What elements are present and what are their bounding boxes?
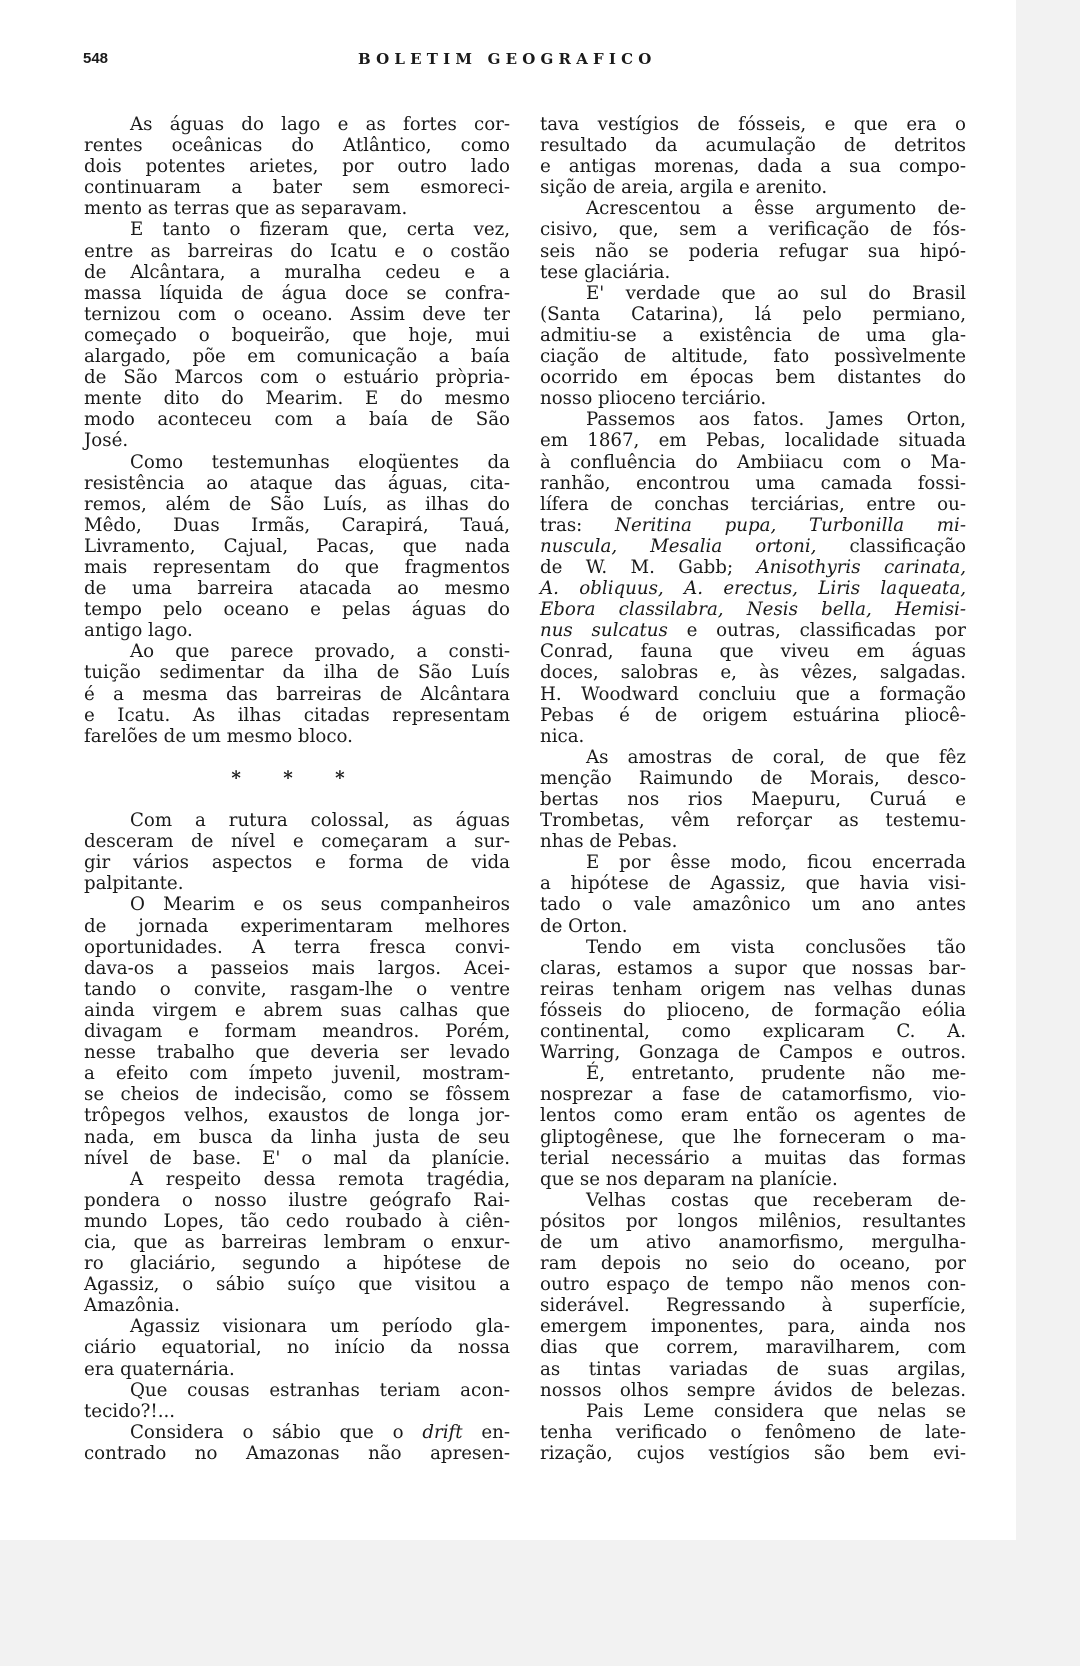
text-line: resultado da acumulação de detritos bbox=[540, 135, 966, 156]
text-line: Passemos aos fatos. James Orton, bbox=[540, 409, 966, 430]
text-line: era quaternária. bbox=[84, 1359, 510, 1380]
text-line: Velhas costas que receberam de- bbox=[540, 1190, 966, 1211]
text-line: Ebora classilabra, Nesis bella, Hemisi- bbox=[540, 599, 966, 620]
left-column: As águas do lago e as fortes cor-rentes … bbox=[84, 114, 510, 1464]
text-line: bertas nos rios Maepuru, Curuá e bbox=[540, 789, 966, 810]
text-line: A. obliquus, A. erectus, Liris laqueata, bbox=[540, 578, 966, 599]
text-line: Agassiz, o sábio suíço que visitou a bbox=[84, 1274, 510, 1295]
text-line: E' verdade que ao sul do Brasil bbox=[540, 283, 966, 304]
text-line: seis não se poderia refugar sua hipó- bbox=[540, 241, 966, 262]
text-line: H. Woodward concluiu que a formação bbox=[540, 684, 966, 705]
text-line: lífera de conchas terciárias, entre ou- bbox=[540, 494, 966, 515]
text-line: Com a rutura colossal, as águas bbox=[84, 810, 510, 831]
text-line: continuaram a bater sem esmoreci- bbox=[84, 177, 510, 198]
text-line: tado o vale amazônico um ano antes bbox=[540, 894, 966, 915]
text-line: cisivo, que, sem a verificação de fós- bbox=[540, 219, 966, 240]
text-line: ocorrido em épocas bem distantes do bbox=[540, 367, 966, 388]
text-line: siderável. Regressando à superfície, bbox=[540, 1295, 966, 1316]
text-line: e Icatu. As ilhas citadas representam bbox=[84, 705, 510, 726]
text-line: ainda virgem e abrem suas calhas que bbox=[84, 1000, 510, 1021]
text-line: ciário equatorial, no início da nossa bbox=[84, 1337, 510, 1358]
text-line: Como testemunhas eloqüentes da bbox=[84, 452, 510, 473]
text-line: nhas de Pebas. bbox=[540, 831, 966, 852]
text-line: Livramento, Cajual, Pacas, que nada bbox=[84, 536, 510, 557]
text-line: de jornada experimentaram melhores bbox=[84, 916, 510, 937]
section-separator: * * * bbox=[84, 768, 510, 789]
text-line: desceram de nível e começaram a sur- bbox=[84, 831, 510, 852]
text-line: É, entretanto, prudente não me- bbox=[540, 1063, 966, 1084]
text-line: tempo pelo oceano e pelas águas do bbox=[84, 599, 510, 620]
text-line: e antigas morenas, dada a sua compo- bbox=[540, 156, 966, 177]
text-line: Tendo em vista conclusões tão bbox=[540, 937, 966, 958]
spacer bbox=[84, 747, 510, 768]
text-line: modo aconteceu com a baía de São bbox=[84, 409, 510, 430]
text-line: nosso plioceno terciário. bbox=[540, 388, 966, 409]
text-line: massa líquida de água doce se confra- bbox=[84, 283, 510, 304]
text-line: de um ativo anamorfismo, mergulha- bbox=[540, 1232, 966, 1253]
text-line: lentos como eram então os agentes de bbox=[540, 1105, 966, 1126]
text-line: As águas do lago e as fortes cor- bbox=[84, 114, 510, 135]
text-line: ram depois no seio do oceano, por bbox=[540, 1253, 966, 1274]
text-line: de uma barreira atacada ao mesmo bbox=[84, 578, 510, 599]
text-line: ro glaciário, segundo a hipótese de bbox=[84, 1253, 510, 1274]
text-line: mais representam do que fragmentos bbox=[84, 557, 510, 578]
text-line: E por êsse modo, ficou encerrada bbox=[540, 852, 966, 873]
text-line: doces, salobras e, às vêzes, salgadas. bbox=[540, 662, 966, 683]
text-line: Ao que parece provado, a consti- bbox=[84, 641, 510, 662]
text-line: rentes oceânicas do Atlântico, como bbox=[84, 135, 510, 156]
text-line: tese glaciária. bbox=[540, 262, 966, 283]
text-line: Acrescentou a êsse argumento de- bbox=[540, 198, 966, 219]
text-line: à confluência do Ambiiacu com o Ma- bbox=[540, 452, 966, 473]
text-line: pósitos por longos milênios, resultantes bbox=[540, 1211, 966, 1232]
text-line: nuscula, Mesalia ortoni, classificação bbox=[540, 536, 966, 557]
page-number: 548 bbox=[83, 50, 108, 67]
text-line: de São Marcos com o estuário pròpria- bbox=[84, 367, 510, 388]
text-line: E tanto o fizeram que, certa vez, bbox=[84, 219, 510, 240]
text-line: continental, como explicaram C. A. bbox=[540, 1021, 966, 1042]
running-title: BOLETIM GEOGRAFICO bbox=[358, 50, 657, 68]
text-line: resistência ao ataque das águas, cita- bbox=[84, 473, 510, 494]
text-line: a efeito com ímpeto juvenil, mostram- bbox=[84, 1063, 510, 1084]
text-line: entre as barreiras do Icatu e o costão bbox=[84, 241, 510, 262]
text-line: mundo Lopes, tão cedo roubado à ciên- bbox=[84, 1211, 510, 1232]
text-line: nesse trabalho que deveria ser levado bbox=[84, 1042, 510, 1063]
text-line: terial necessário a muitas das formas bbox=[540, 1148, 966, 1169]
text-line: nossos olhos sempre ávidos de belezas. bbox=[540, 1380, 966, 1401]
text-line: tras: Neritina pupa, Turbonilla mi- bbox=[540, 515, 966, 536]
text-line: menção Raimundo de Morais, desco- bbox=[540, 768, 966, 789]
text-line: tava vestígios de fósseis, e que era o bbox=[540, 114, 966, 135]
text-line: Agassiz visionara um período gla- bbox=[84, 1316, 510, 1337]
document-page: 548 BOLETIM GEOGRAFICO As águas do lago … bbox=[0, 0, 1016, 1540]
text-line: pondera o nosso ilustre geógrafo Rai- bbox=[84, 1190, 510, 1211]
text-line: Amazônia. bbox=[84, 1295, 510, 1316]
page-header: 548 BOLETIM GEOGRAFICO bbox=[83, 50, 983, 74]
text-line: mento as terras que as separavam. bbox=[84, 198, 510, 219]
text-line: alargado, põe em comunicação a baía bbox=[84, 346, 510, 367]
text-line: trôpegos velhos, exaustos de longa jor- bbox=[84, 1105, 510, 1126]
text-line: O Mearim e os seus companheiros bbox=[84, 894, 510, 915]
text-line: de W. M. Gabb; Anisothyris carinata, bbox=[540, 557, 966, 578]
text-line: tuição sedimentar da ilha de São Luís bbox=[84, 662, 510, 683]
text-line: reiras tenham origem nas velhas dunas bbox=[540, 979, 966, 1000]
text-line: Pebas é de origem estuárina pliocê- bbox=[540, 705, 966, 726]
text-line: emergem imponentes, para, ainda nos bbox=[540, 1316, 966, 1337]
spacer bbox=[84, 789, 510, 810]
text-line: José. bbox=[84, 430, 510, 451]
text-line: sição de areia, argila e arenito. bbox=[540, 177, 966, 198]
left-column-text-before-separator: As águas do lago e as fortes cor-rentes … bbox=[84, 114, 510, 747]
text-line: Conrad, fauna que viveu em águas bbox=[540, 641, 966, 662]
text-line: de Alcântara, a muralha cedeu e a bbox=[84, 262, 510, 283]
text-line: remos, além de São Luís, as ilhas do bbox=[84, 494, 510, 515]
text-line: divagam e formam meandros. Porém, bbox=[84, 1021, 510, 1042]
text-line: admitiu-se a existência de uma gla- bbox=[540, 325, 966, 346]
text-line: nada, em busca da linha justa de seu bbox=[84, 1127, 510, 1148]
text-line: mente dito do Mearim. E do mesmo bbox=[84, 388, 510, 409]
text-line: ranhão, encontrou uma camada fossi- bbox=[540, 473, 966, 494]
text-line: rização, cujos vestígios são bem evi- bbox=[540, 1443, 966, 1464]
text-line: gir vários aspectos e forma de vida bbox=[84, 852, 510, 873]
text-line: fósseis do plioceno, de formação eólia bbox=[540, 1000, 966, 1021]
text-line: outro espaço de tempo não menos con- bbox=[540, 1274, 966, 1295]
right-column: tava vestígios de fósseis, e que era ore… bbox=[540, 114, 966, 1464]
text-line: contrado no Amazonas não apresen- bbox=[84, 1443, 510, 1464]
text-line: Warring, Gonzaga de Campos e outros. bbox=[540, 1042, 966, 1063]
text-line: tecido?!... bbox=[84, 1401, 510, 1422]
text-line: as tintas variadas de suas argilas, bbox=[540, 1359, 966, 1380]
text-line: farelões de um mesmo bloco. bbox=[84, 726, 510, 747]
text-line: nosprezar a fase de catamorfismo, vio- bbox=[540, 1084, 966, 1105]
text-line: Que cousas estranhas teriam acon- bbox=[84, 1380, 510, 1401]
text-line: dias que correm, maravilharem, com bbox=[540, 1337, 966, 1358]
text-line: nica. bbox=[540, 726, 966, 747]
text-line: dois potentes arietes, por outro lado bbox=[84, 156, 510, 177]
text-line: ciação de altitude, fato possìvelmente bbox=[540, 346, 966, 367]
text-line: é a mesma das barreiras de Alcântara bbox=[84, 684, 510, 705]
text-line: Mêdo, Duas Irmãs, Carapirá, Tauá, bbox=[84, 515, 510, 536]
text-line: antigo lago. bbox=[84, 620, 510, 641]
text-line: gliptogênese, que lhe forneceram o ma- bbox=[540, 1127, 966, 1148]
text-line: de Orton. bbox=[540, 916, 966, 937]
text-line: palpitante. bbox=[84, 873, 510, 894]
text-line: que se nos deparam na planície. bbox=[540, 1169, 966, 1190]
text-line: Trombetas, vêm reforçar as testemu- bbox=[540, 810, 966, 831]
text-line: começado o boqueirão, que hoje, mui bbox=[84, 325, 510, 346]
right-column-text: tava vestígios de fósseis, e que era ore… bbox=[540, 114, 966, 1464]
text-line: a hipótese de Agassiz, que havia visi- bbox=[540, 873, 966, 894]
text-line: oportunidades. A terra fresca convi- bbox=[84, 937, 510, 958]
left-column-text-after-separator: Com a rutura colossal, as águasdesceram … bbox=[84, 810, 510, 1464]
text-line: Pais Leme considera que nelas se bbox=[540, 1401, 966, 1422]
text-line: nus sulcatus e outras, classificadas por bbox=[540, 620, 966, 641]
text-line: (Santa Catarina), lá pelo permiano, bbox=[540, 304, 966, 325]
text-line: claras, estamos a supor que nossas bar- bbox=[540, 958, 966, 979]
text-line: em 1867, em Pebas, localidade situada bbox=[540, 430, 966, 451]
text-line: Considera o sábio que o drift en- bbox=[84, 1422, 510, 1443]
text-line: A respeito dessa remota tragédia, bbox=[84, 1169, 510, 1190]
text-line: se cheios de indecisão, como se fôssem bbox=[84, 1084, 510, 1105]
text-line: tenha verificado o fenômeno de late- bbox=[540, 1422, 966, 1443]
text-line: ternizou com o oceano. Assim deve ter bbox=[84, 304, 510, 325]
text-line: tando o convite, rasgam-lhe o ventre bbox=[84, 979, 510, 1000]
text-line: cia, que as barreiras lembram o enxur- bbox=[84, 1232, 510, 1253]
text-line: As amostras de coral, de que fêz bbox=[540, 747, 966, 768]
text-line: dava-os a passeios mais largos. Acei- bbox=[84, 958, 510, 979]
text-line: nível de base. E' o mal da planície. bbox=[84, 1148, 510, 1169]
